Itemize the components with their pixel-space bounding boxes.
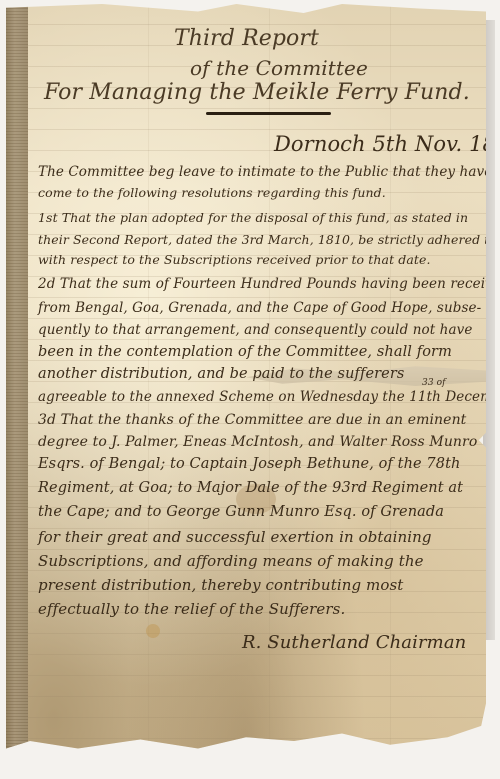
body-line: another distribution, and be paid to the…: [38, 366, 404, 382]
body-line: 1st That the plan adopted for the dispos…: [38, 210, 468, 225]
body-line: present distribution, thereby contributi…: [38, 576, 403, 594]
body-line: agreeable to the annexed Scheme on Wedne…: [38, 389, 500, 405]
signature: R. Sutherland Chairman: [242, 632, 466, 653]
body-line: effectually to the relief of the Suffere…: [38, 600, 345, 618]
body-line: from Bengal, Goa, Grenada, and the Cape …: [38, 300, 481, 316]
body-line: come to the following resolutions regard…: [38, 185, 386, 200]
body-line: 3d That the thanks of the Committee are …: [38, 412, 466, 428]
body-line: Subscriptions, and affording means of ma…: [38, 552, 424, 570]
body-line: the Cape; and to George Gunn Munro Esq. …: [38, 504, 444, 520]
heading-line-2: of the Committee: [190, 56, 368, 80]
heading-line-1: Third Report: [174, 26, 319, 51]
manuscript-page: Third Report of the Committee For Managi…: [6, 4, 486, 756]
binding-strip: [6, 4, 28, 756]
heading-line-3: For Managing the Meikle Ferry Fund.: [44, 80, 470, 105]
body-line: Esqrs. of Bengal; to Captain Joseph Beth…: [38, 456, 460, 472]
marginal-note: 33 of: [422, 378, 446, 388]
body-line: quently to that arrangement, and consequ…: [38, 322, 472, 338]
body-line: The Committee beg leave to intimate to t…: [38, 164, 492, 180]
body-line: been in the contemplation of the Committ…: [38, 344, 452, 360]
dateline: Dornoch 5th Nov. 1811: [274, 132, 500, 156]
body-line: for their great and successful exertion …: [38, 528, 432, 546]
ink-spot-stain: [146, 624, 160, 638]
body-line: with respect to the Subscriptions receiv…: [38, 252, 431, 267]
body-line: Regiment, at Goa; to Major Dale of the 9…: [38, 480, 463, 496]
body-line: 2d That the sum of Fourteen Hundred Poun…: [38, 276, 500, 292]
body-line: their Second Report, dated the 3rd March…: [38, 232, 500, 247]
heading-underline: [206, 112, 331, 115]
body-line: degree to J. Palmer, Eneas McIntosh, and…: [38, 434, 477, 450]
